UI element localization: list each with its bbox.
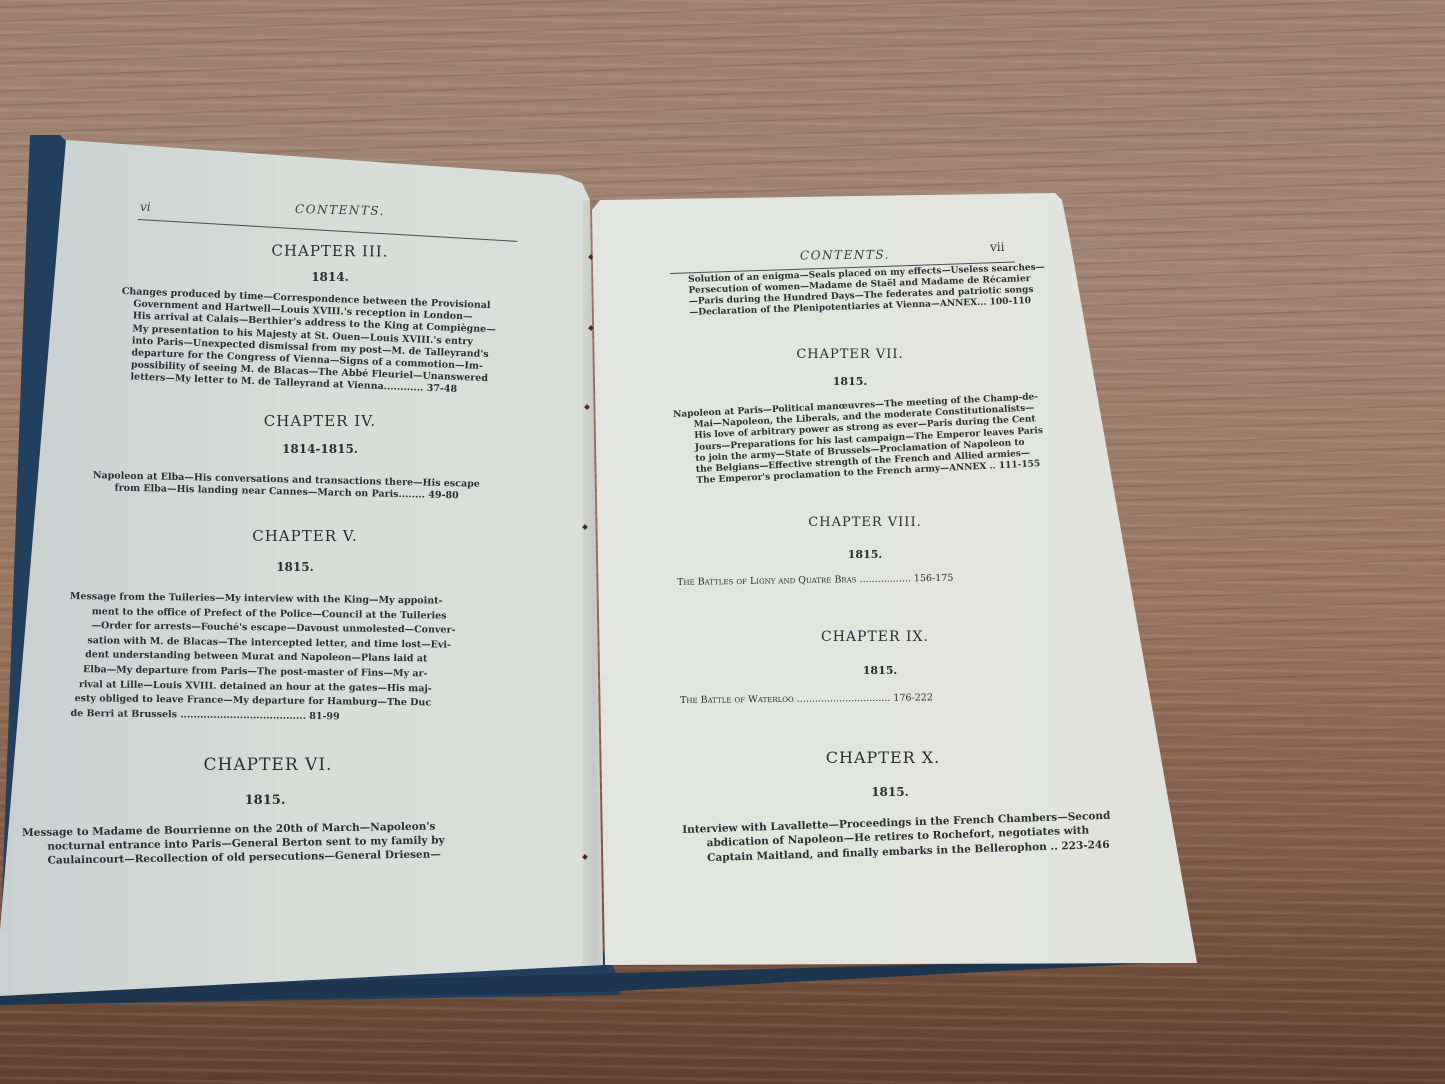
chapter-ix-title: CHAPTER IX. xyxy=(775,629,975,645)
chapter-v-title: CHAPTER V. xyxy=(205,527,405,545)
chapter-vii-title: CHAPTER VII. xyxy=(750,347,950,362)
chapter-iv-year: 1814-1815. xyxy=(260,442,380,456)
chapter-iii-summary: Changes produced by time—Correspondence … xyxy=(118,286,516,399)
chapter-vi-title: CHAPTER VI. xyxy=(168,755,368,775)
left-running-head: CONTENTS. xyxy=(295,202,385,218)
chapter-iii-title: CHAPTER III. xyxy=(230,241,430,261)
chapter-vi-year: 1815. xyxy=(215,793,315,808)
chapter-x-year: 1815. xyxy=(840,785,940,799)
chapter-iv-title: CHAPTER IV. xyxy=(220,412,420,430)
chapter-iii-year: 1814. xyxy=(280,270,380,284)
chapter-v-summary: Message from the Tuileries—My interview … xyxy=(68,590,520,727)
chapter-v-year: 1815. xyxy=(245,560,345,574)
chapter-x-title: CHAPTER X. xyxy=(783,748,983,767)
chapter-viii-title: CHAPTER VIII. xyxy=(765,515,965,530)
chapter-vii-year: 1815. xyxy=(800,375,900,388)
right-folio: vii xyxy=(990,240,1004,254)
left-folio: vi xyxy=(140,200,151,214)
chapter-viii-year: 1815. xyxy=(815,548,915,561)
chapter-vi-summary: Message to Madame de Bourrienne on the 2… xyxy=(22,818,513,868)
right-running-head: CONTENTS. xyxy=(800,248,890,263)
chapter-ix-year: 1815. xyxy=(830,664,930,677)
